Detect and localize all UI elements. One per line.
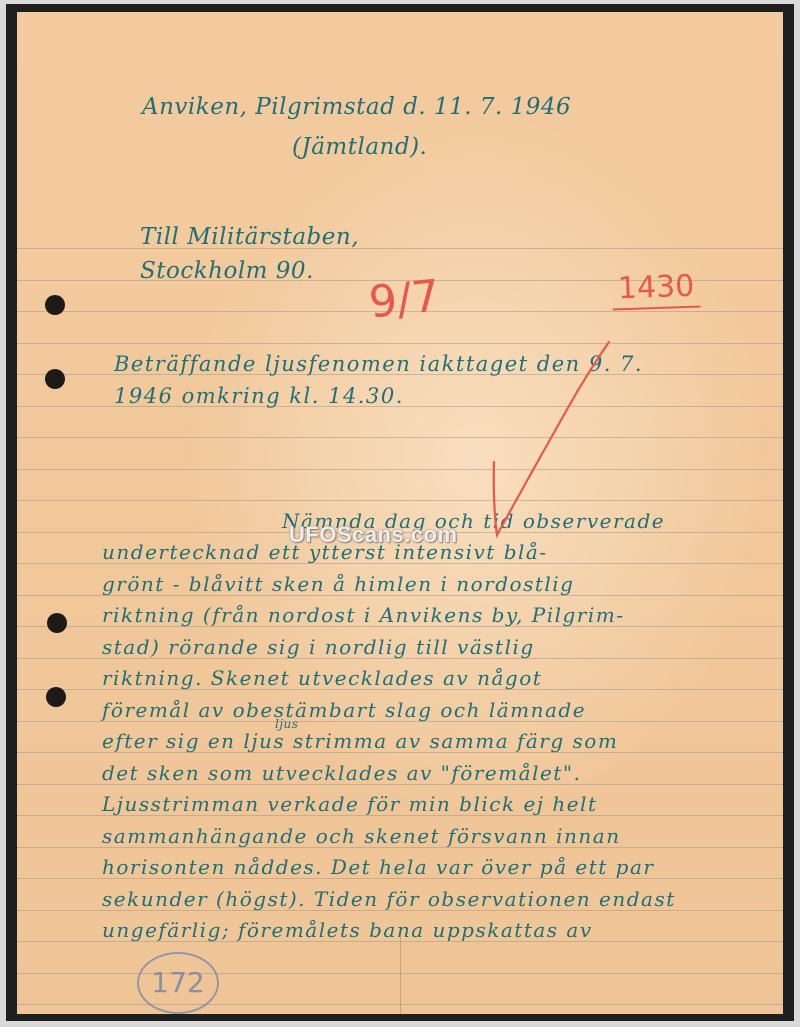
letter-page: Anviken, Pilgrimstad d. 11. 7. 1946 (Jäm… <box>17 12 783 1014</box>
red-checkmark-icon <box>17 12 783 1014</box>
circled-archive-number: 172 <box>137 952 219 1014</box>
watermark: UFOScans.com <box>289 522 458 548</box>
